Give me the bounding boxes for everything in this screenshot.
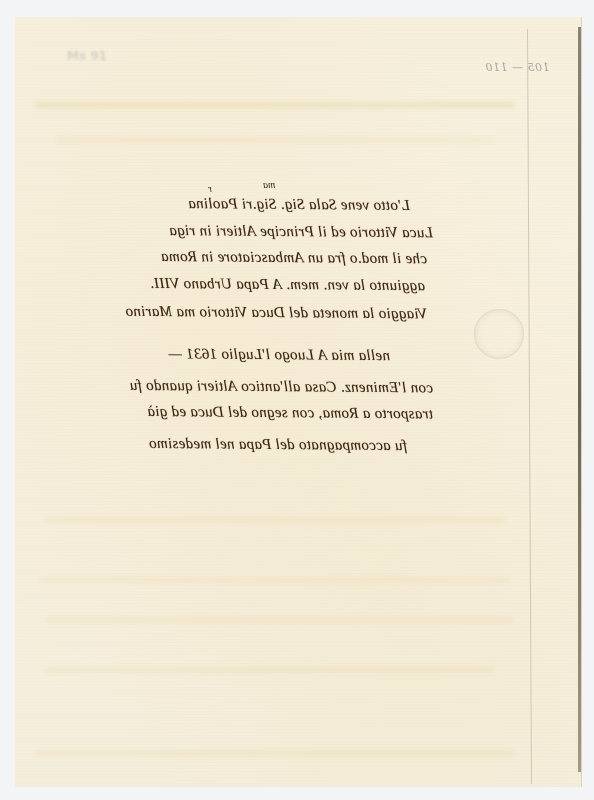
text-line-2: Luca Vittorio ed il Principe Altieri in …: [133, 223, 433, 243]
text-line-6: nella mia A Luogo l'Luglio 1631 —: [120, 346, 390, 365]
text-line-5: Viaggio la moneta del Duca Vittorio ma M…: [107, 304, 427, 324]
scan-background: Ms 91 105 — 110 ma r L'otto vene Sala Si…: [0, 0, 594, 800]
manuscript-page: Ms 91 105 — 110 ma r L'otto vene Sala Si…: [15, 17, 581, 787]
text-line-7: con l'Eminenz. Casa all'antico Altieri q…: [103, 378, 433, 398]
text-line-1: L'otto vene Sala Sig. Sig.ri Paolina: [190, 196, 410, 215]
text-line-9: fu accompagnato del Papa nel medesimo: [147, 436, 407, 455]
text-line-8: trasporto a Roma, con segno del Duca ed …: [103, 404, 433, 424]
superscript: ma: [263, 180, 275, 191]
superscript: r: [208, 184, 212, 195]
text-line-3: che il mod.o fra un Ambasciatore in Roma: [137, 249, 427, 269]
text-line-4: aggiunto la ven. mem. A Papa Urbano VIII…: [145, 276, 425, 295]
handwritten-text: ma r L'otto vene Sala Sig. Sig.ri Paolin…: [15, 17, 581, 787]
